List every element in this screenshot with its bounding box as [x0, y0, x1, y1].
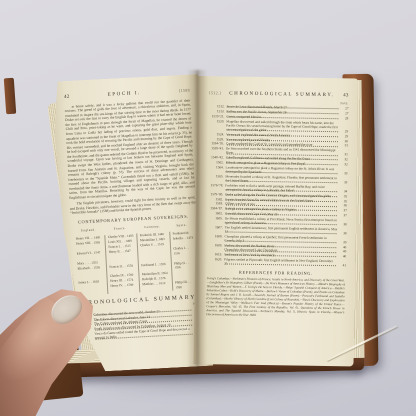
- entry-year: 1608.: [206, 234, 224, 238]
- entry-page-ref: 27: [339, 111, 348, 115]
- entry-text: Pilgrims settled at Plymouth; first Engl…: [224, 258, 337, 268]
- entry-year: 1607.: [207, 225, 225, 229]
- entry-year: 1519-'21.: [208, 114, 226, 118]
- entry-year: 1534-'35.: [208, 141, 226, 145]
- entry-year: 1620.: [206, 257, 224, 261]
- chronological-entries: 1512. Ponce de Leon discovered Florida, …: [206, 104, 349, 268]
- references-text: Irving's Columbus.—Parkman's Pioneers of…: [206, 277, 345, 319]
- entry-year: 1579-'80.: [207, 192, 225, 196]
- entry-page-ref: 27: [339, 106, 348, 110]
- entry-page-ref: 31: [339, 144, 348, 148]
- entry-page-ref: 37: [338, 208, 347, 212]
- entry-year: 1564.: [208, 165, 226, 169]
- entry-page-ref: 40: [337, 250, 346, 254]
- right-corner-year: 1512.]: [209, 90, 221, 95]
- entry-year: 1605.: [207, 216, 225, 220]
- entry-page-ref: 30: [339, 139, 348, 143]
- entry-year: 1524.: [208, 132, 226, 136]
- right-running-head: CHRONOLOGICAL SUMMARY.: [229, 91, 335, 99]
- entry-year: 1602.: [207, 211, 225, 215]
- left-summary-entries: 1492. Columbus discovered the new world,…: [75, 307, 202, 342]
- entry-page-ref: 31: [339, 153, 348, 157]
- entry-page-ref: 34: [338, 189, 347, 193]
- entry-page-ref: 32: [339, 157, 348, 161]
- entry-page-ref: 36: [338, 204, 347, 208]
- left-running-head: EPOCH I.: [108, 91, 142, 99]
- entry-page-ref: 41: [337, 263, 346, 267]
- entry-year: 1565.: [207, 174, 225, 178]
- entry-year: 1576-'78.: [207, 183, 225, 187]
- book-cover-left-sliver: [4, 78, 16, 115]
- sovereigns-table-body: Henry VII. . . 1485 Charles VIII. . 1483…: [73, 229, 198, 296]
- entry-year: 1513.: [208, 109, 226, 113]
- entry-page-ref: 29: [339, 129, 348, 133]
- entry-year: 1613.: [206, 252, 224, 256]
- entry-page-ref: 38: [338, 222, 347, 226]
- entry-page-ref: 33: [338, 180, 347, 184]
- entry-year: 1528.: [208, 137, 226, 141]
- table-cell: Matthias . . . 1612: [139, 281, 172, 293]
- entry-year: 1539-'41.: [208, 146, 226, 150]
- entry-page-ref: 32: [339, 162, 348, 166]
- entry-year: 1582.: [207, 197, 225, 201]
- book-gutter-shadow: [187, 70, 207, 370]
- summary-entry: 1620. Pilgrims settled at Plymouth; firs…: [206, 257, 346, 268]
- entry-year: 1520.: [208, 119, 226, 123]
- right-page-number: 43: [343, 93, 349, 100]
- entry-year: 1540-'42.: [208, 155, 226, 159]
- entry-page-ref: 35: [338, 199, 347, 203]
- entry-year: 1609.: [206, 243, 224, 247]
- book-photo-scene: 42 EPOCH I. [1588 at home safely; and it…: [0, 0, 416, 416]
- entry-year: 1512.: [208, 104, 226, 108]
- entry-page-ref: 33: [338, 171, 347, 175]
- entry-page-ref: 39: [337, 240, 346, 244]
- table-cell: Henry IV. . . 1589: [107, 283, 139, 295]
- entry-page-ref: 35: [338, 194, 347, 198]
- entry-page-ref: 40: [337, 245, 346, 249]
- right-page: 1512.] CHRONOLOGICAL SUMMARY. 43 PAGE 15…: [193, 76, 358, 366]
- entry-year: 1583.: [207, 201, 225, 205]
- left-body-text: at home safely; and it was a lucky galle…: [64, 98, 196, 216]
- entry-year: 1584-'87.: [207, 206, 225, 210]
- entry-text: Magellan discovered and sailed through t…: [226, 119, 339, 133]
- entry-page-ref: 40: [337, 254, 346, 258]
- entry-page-ref: 37: [338, 213, 347, 217]
- entry-year: 1562.: [208, 160, 226, 164]
- entry-page-ref: 29: [339, 134, 348, 138]
- entry-page-ref: 38: [338, 231, 347, 235]
- body-paragraph: at home safely; and it was a lucky galle…: [64, 98, 195, 201]
- entry-page-ref: 28: [339, 116, 348, 120]
- left-page-number: 42: [64, 95, 70, 102]
